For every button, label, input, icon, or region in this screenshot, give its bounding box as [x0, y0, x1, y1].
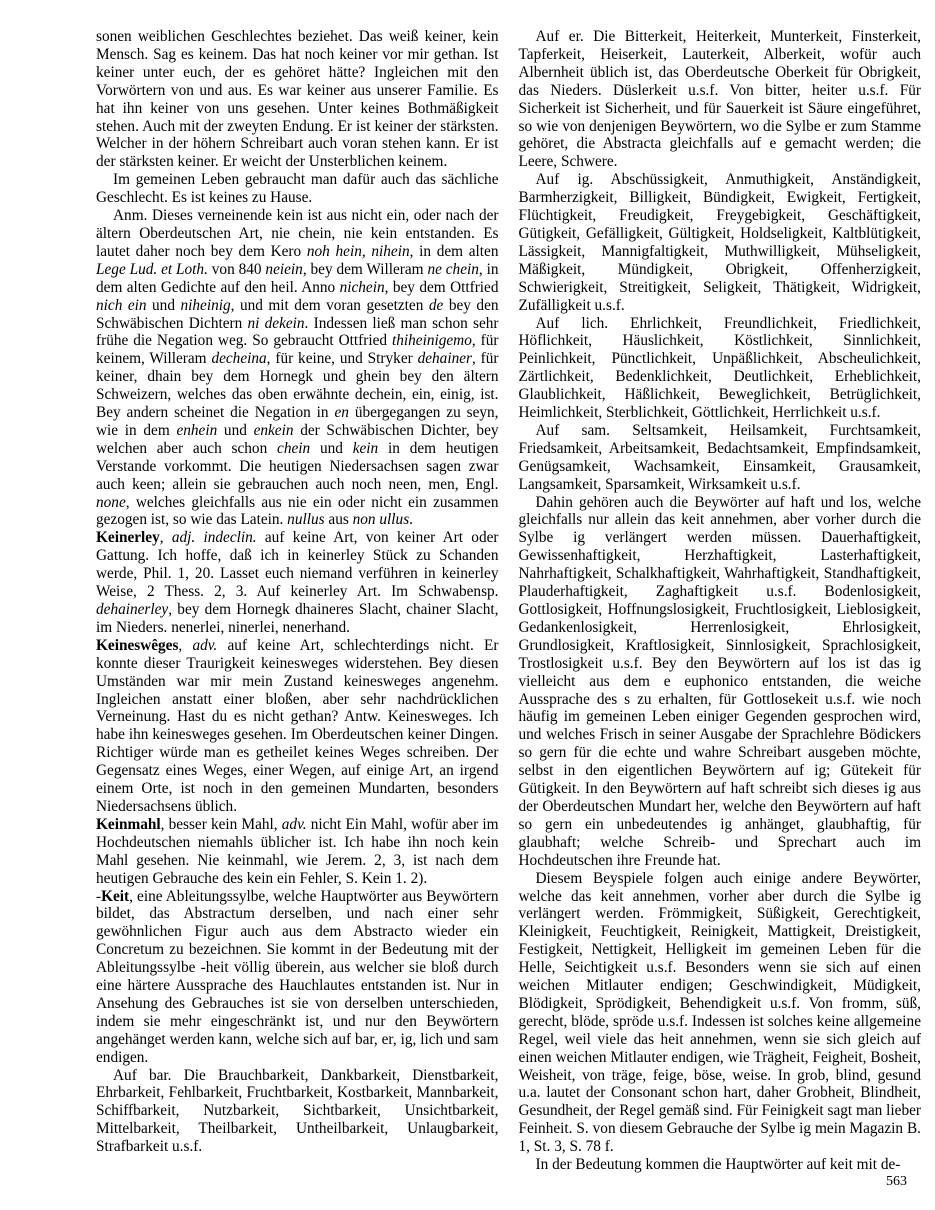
- text-columns: sonen weiblichen Geschlechtes beziehet. …: [96, 28, 921, 1174]
- page-number: 563: [862, 1174, 907, 1190]
- text-run: , bey dem Ottfried: [385, 279, 499, 296]
- text-run: ,: [178, 637, 192, 654]
- document-page: sonen weiblichen Geschlechtes beziehet. …: [0, 0, 935, 1210]
- italic-text: ne chein: [427, 261, 478, 278]
- text-run: , besser kein Mahl,: [161, 816, 282, 833]
- paragraph: Anm. Dieses verneinende kein ist aus nic…: [96, 207, 499, 529]
- text-run: In der Bedeutung kommen die Hauptwörter …: [536, 1156, 901, 1173]
- italic-text: dehainerley: [96, 601, 168, 618]
- text-run: Dahin gehören auch die Beywörter auf haf…: [519, 494, 922, 869]
- paragraph: Auf ig. Abschüssigkeit, Anmuthigkeit, An…: [519, 171, 922, 314]
- italic-text: de: [429, 297, 443, 314]
- text-run: , für keine, und Stryker: [267, 350, 418, 367]
- italic-text: nullus: [287, 511, 324, 528]
- headword: Keinerley: [96, 529, 160, 546]
- paragraph: Auf er. Die Bitterkeit, Heiterkeit, Munt…: [519, 28, 922, 171]
- text-run: Auf sam. Seltsamkeit, Heilsamkeit, Furch…: [519, 422, 922, 493]
- italic-text: adv.: [282, 816, 307, 833]
- headword: Keinmahl: [96, 816, 161, 833]
- paragraph: Auf bar. Die Brauchbarkeit, Dankbarkeit,…: [96, 1067, 499, 1157]
- right-column: Auf er. Die Bitterkeit, Heiterkeit, Munt…: [519, 28, 922, 1174]
- text-run: , und mit dem voran gesetzten: [231, 297, 429, 314]
- italic-text: adv.: [192, 637, 217, 654]
- text-run: .: [409, 511, 413, 528]
- dictionary-entry: Keineswêges, adv. auf keine Art, schlech…: [96, 637, 499, 816]
- text-run: ,: [160, 529, 172, 546]
- text-run: von 840: [208, 261, 266, 278]
- italic-text: Lege Lud. et Loth.: [96, 261, 208, 278]
- text-run: und: [217, 422, 253, 439]
- italic-text: decheina: [211, 350, 266, 367]
- italic-text: nichein: [340, 279, 385, 296]
- paragraph: Dahin gehören auch die Beywörter auf haf…: [519, 494, 922, 870]
- text-run: , bey dem Willeram: [303, 261, 428, 278]
- text-run: Auf bar. Die Brauchbarkeit, Dankbarkeit,…: [96, 1067, 499, 1156]
- text-run: auf keine Art, schlechterdings nicht. Er…: [96, 637, 499, 815]
- italic-text: dehainer: [418, 350, 472, 367]
- italic-text: enhein: [176, 422, 217, 439]
- text-run: Auf ig. Abschüssigkeit, Anmuthigkeit, An…: [519, 171, 922, 313]
- italic-text: kein: [353, 440, 378, 457]
- italic-text: nich ein: [96, 297, 147, 314]
- italic-text: ni dekein: [248, 315, 305, 332]
- text-run: , eine Ableitungssylbe, welche Hauptwört…: [96, 888, 499, 1066]
- text-run: Auf lich. Ehrlichkeit, Freundlichkeit, F…: [519, 315, 922, 422]
- italic-text: enkein: [254, 422, 294, 439]
- paragraph: Im gemeinen Leben gebraucht man dafür au…: [96, 171, 499, 207]
- left-column: sonen weiblichen Geschlechtes beziehet. …: [96, 28, 499, 1174]
- italic-text: neiein: [265, 261, 302, 278]
- italic-text: noh hein, nihein: [307, 243, 410, 260]
- paragraph: In der Bedeutung kommen die Hauptwörter …: [519, 1156, 922, 1174]
- dictionary-entry: Keinerley, adj. indeclin. auf keine Art,…: [96, 529, 499, 636]
- italic-text: non ullus: [353, 511, 410, 528]
- headword: Keineswêges: [96, 637, 178, 654]
- text-run: Auf er. Die Bitterkeit, Heiterkeit, Munt…: [519, 28, 922, 170]
- text-run: sonen weiblichen Geschlechtes beziehet. …: [96, 28, 499, 170]
- italic-text: none: [96, 494, 126, 511]
- italic-text: chein: [277, 440, 310, 457]
- text-run: Im gemeinen Leben gebraucht man dafür au…: [96, 171, 499, 206]
- dictionary-entry: -Keit, eine Ableitungssylbe, welche Haup…: [96, 888, 499, 1067]
- paragraph: Auf lich. Ehrlichkeit, Freundlichkeit, F…: [519, 315, 922, 422]
- paragraph: Auf sam. Seltsamkeit, Heilsamkeit, Furch…: [519, 422, 922, 494]
- italic-text: thiheinigemo: [392, 332, 472, 349]
- text-run: aus: [325, 511, 353, 528]
- dictionary-entry: Keinmahl, besser kein Mahl, adv. nicht E…: [96, 816, 499, 888]
- italic-text: en: [335, 404, 349, 421]
- paragraph-continuation: sonen weiblichen Geschlechtes beziehet. …: [96, 28, 499, 171]
- text-run: , in dem alten: [410, 243, 499, 260]
- italic-text: adj. indeclin.: [172, 529, 257, 546]
- text-run: und: [147, 297, 181, 314]
- text-run: Diesem Beyspiele folgen auch einige ande…: [519, 870, 922, 1156]
- text-run: und: [310, 440, 353, 457]
- paragraph: Diesem Beyspiele folgen auch einige ande…: [519, 870, 922, 1157]
- headword: Keit: [101, 888, 129, 905]
- italic-text: niheinig: [180, 297, 230, 314]
